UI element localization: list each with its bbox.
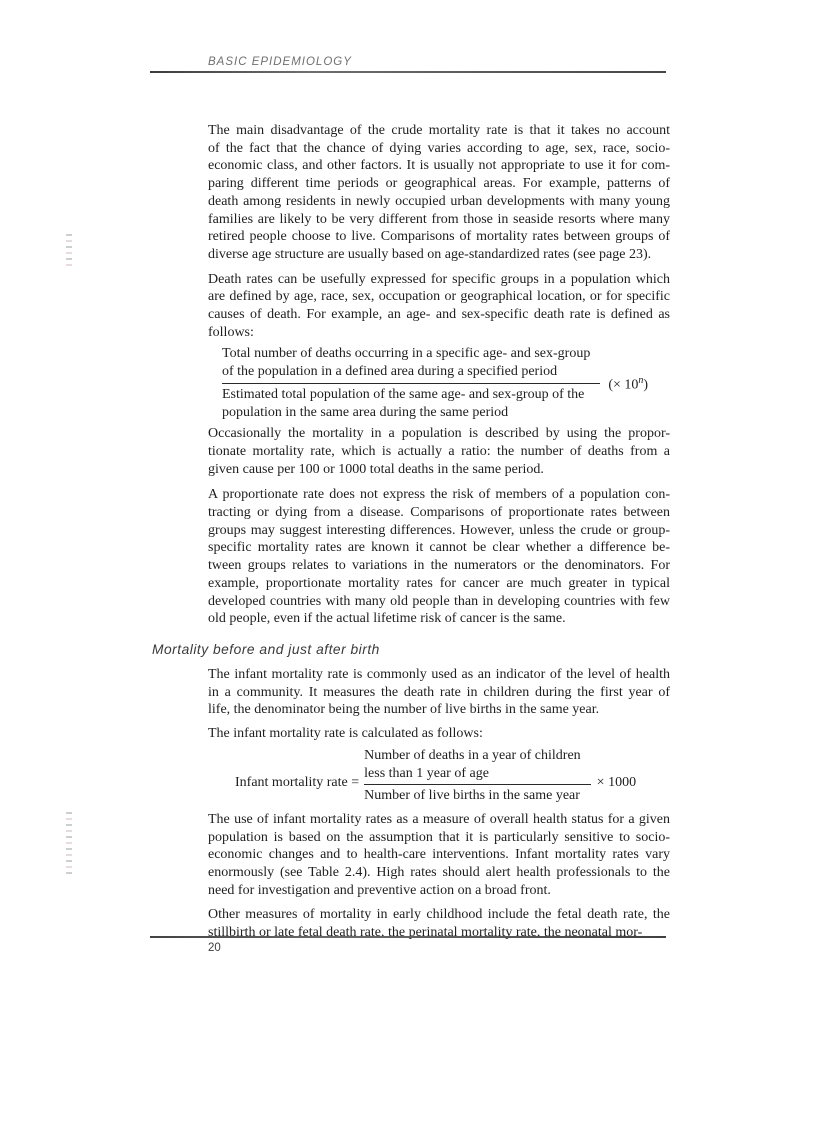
- text-line: The infant mortality rate is calculated …: [208, 725, 670, 743]
- text-line: economic changes and to health-care inte…: [208, 846, 670, 864]
- text-line: tionate mortality rate, which is actuall…: [208, 443, 670, 461]
- text-line: given cause per 100 or 1000 total deaths…: [208, 461, 670, 479]
- text-line: causes of death. For example, an age- an…: [208, 306, 670, 324]
- footer-rule: [150, 936, 666, 938]
- text-line: groups may suggest interesting differenc…: [208, 522, 670, 540]
- text-line: Estimated total population of the same a…: [222, 386, 600, 404]
- paragraph-proportionate-mortality-rate: Occasionally the mortality in a populati…: [208, 425, 670, 478]
- text-line: Number of deaths in a year of children: [364, 747, 581, 765]
- text-line: tween groups relates to variations in th…: [208, 557, 670, 575]
- text-line: The infant mortality rate is commonly us…: [208, 666, 670, 684]
- multiplier-suffix: ): [643, 378, 648, 393]
- running-head-title: BASIC EPIDEMIOLOGY: [208, 56, 352, 68]
- text-line: example, proportionate mortality rates f…: [208, 575, 670, 593]
- text-line: life, the denominator being the number o…: [208, 701, 670, 719]
- text-line: less than 1 year of age: [364, 765, 581, 783]
- text-line: economic class, and other factors. It is…: [208, 157, 670, 175]
- margin-scan-artifact: [66, 812, 72, 874]
- text-column: The main disadvantage of the crude morta…: [208, 122, 670, 942]
- text-line: Other measures of mortality in early chi…: [208, 906, 670, 924]
- text-line: The main disadvantage of the crude morta…: [208, 122, 670, 140]
- paragraph-infant-mortality-use: The use of infant mortality rates as a m…: [208, 811, 670, 900]
- text-line: stillbirth or late fetal death rate, the…: [208, 924, 670, 942]
- text-line: need for investigation and preventive ac…: [208, 882, 670, 900]
- text-line: Death rates can be usefully expressed fo…: [208, 271, 670, 289]
- text-line: death among residents in newly occupied …: [208, 193, 670, 211]
- text-line: developed countries with many old people…: [208, 593, 670, 611]
- text-line: specific mortality rates are known it ca…: [208, 539, 670, 557]
- formula-numerator: Number of deaths in a year of childrenle…: [364, 747, 591, 785]
- text-line: diverse age structure are usually based …: [208, 246, 670, 264]
- paragraph-proportionate-rate-limits: A proportionate rate does not express th…: [208, 486, 670, 628]
- text-line: in a community. It measures the death ra…: [208, 684, 670, 702]
- paragraph-infant-mortality-intro: The infant mortality rate is commonly us…: [208, 666, 670, 719]
- page-number: 20: [208, 942, 221, 954]
- text-line: enormously (see Table 2.4). High rates s…: [208, 864, 670, 882]
- section-heading-mortality-birth: Mortality before and just after birth: [152, 642, 670, 658]
- formula-multiplier: × 1000: [597, 774, 636, 792]
- text-line: The use of infant mortality rates as a m…: [208, 811, 670, 829]
- text-line: Occasionally the mortality in a populati…: [208, 425, 670, 443]
- formula-denominator: Estimated total population of the same a…: [222, 384, 600, 421]
- formula-label: Infant mortality rate =: [235, 774, 359, 792]
- margin-scan-artifact: [66, 234, 72, 266]
- formula-multiplier: (× 10n): [608, 372, 648, 394]
- formula-fraction: Number of deaths in a year of childrenle…: [364, 747, 591, 805]
- formula-numerator: Total number of deaths occurring in a sp…: [222, 345, 600, 383]
- text-line: tracting or dying from a disease. Compar…: [208, 504, 670, 522]
- scanned-book-page: BASIC EPIDEMIOLOGY The main disadvantage…: [0, 0, 816, 1123]
- age-sex-specific-death-rate-formula: Total number of deaths occurring in a sp…: [222, 345, 670, 421]
- text-line: population is based on the assumption th…: [208, 829, 670, 847]
- header-rule: [150, 71, 666, 73]
- paragraph-specific-death-rates: Death rates can be usefully expressed fo…: [208, 271, 670, 342]
- infant-mortality-rate-formula: Infant mortality rate = Number of deaths…: [235, 747, 670, 805]
- text-line: are defined by age, race, sex, occupatio…: [208, 288, 670, 306]
- text-line: of the population in a defined area duri…: [222, 363, 590, 381]
- text-line: A proportionate rate does not express th…: [208, 486, 670, 504]
- formula-fraction: Total number of deaths occurring in a sp…: [222, 345, 600, 421]
- formula-denominator: Number of live births in the same year: [364, 785, 591, 805]
- text-line: Number of live births in the same year: [364, 787, 591, 805]
- text-line: old people, even if the actual lifetime …: [208, 610, 670, 628]
- text-line: follows:: [208, 324, 670, 342]
- paragraph-infant-mortality-calculated: The infant mortality rate is calculated …: [208, 725, 670, 743]
- text-line: population in the same area during the s…: [222, 404, 600, 422]
- text-line: of the fact that the chance of dying var…: [208, 140, 670, 158]
- text-line: Total number of deaths occurring in a sp…: [222, 345, 590, 363]
- paragraph-crude-mortality-disadvantage: The main disadvantage of the crude morta…: [208, 122, 670, 264]
- text-line: families are likely to be very different…: [208, 211, 670, 229]
- multiplier-prefix: (× 10: [608, 378, 638, 393]
- text-line: retired people choose to live. Compariso…: [208, 228, 670, 246]
- text-line: paring different time periods or geograp…: [208, 175, 670, 193]
